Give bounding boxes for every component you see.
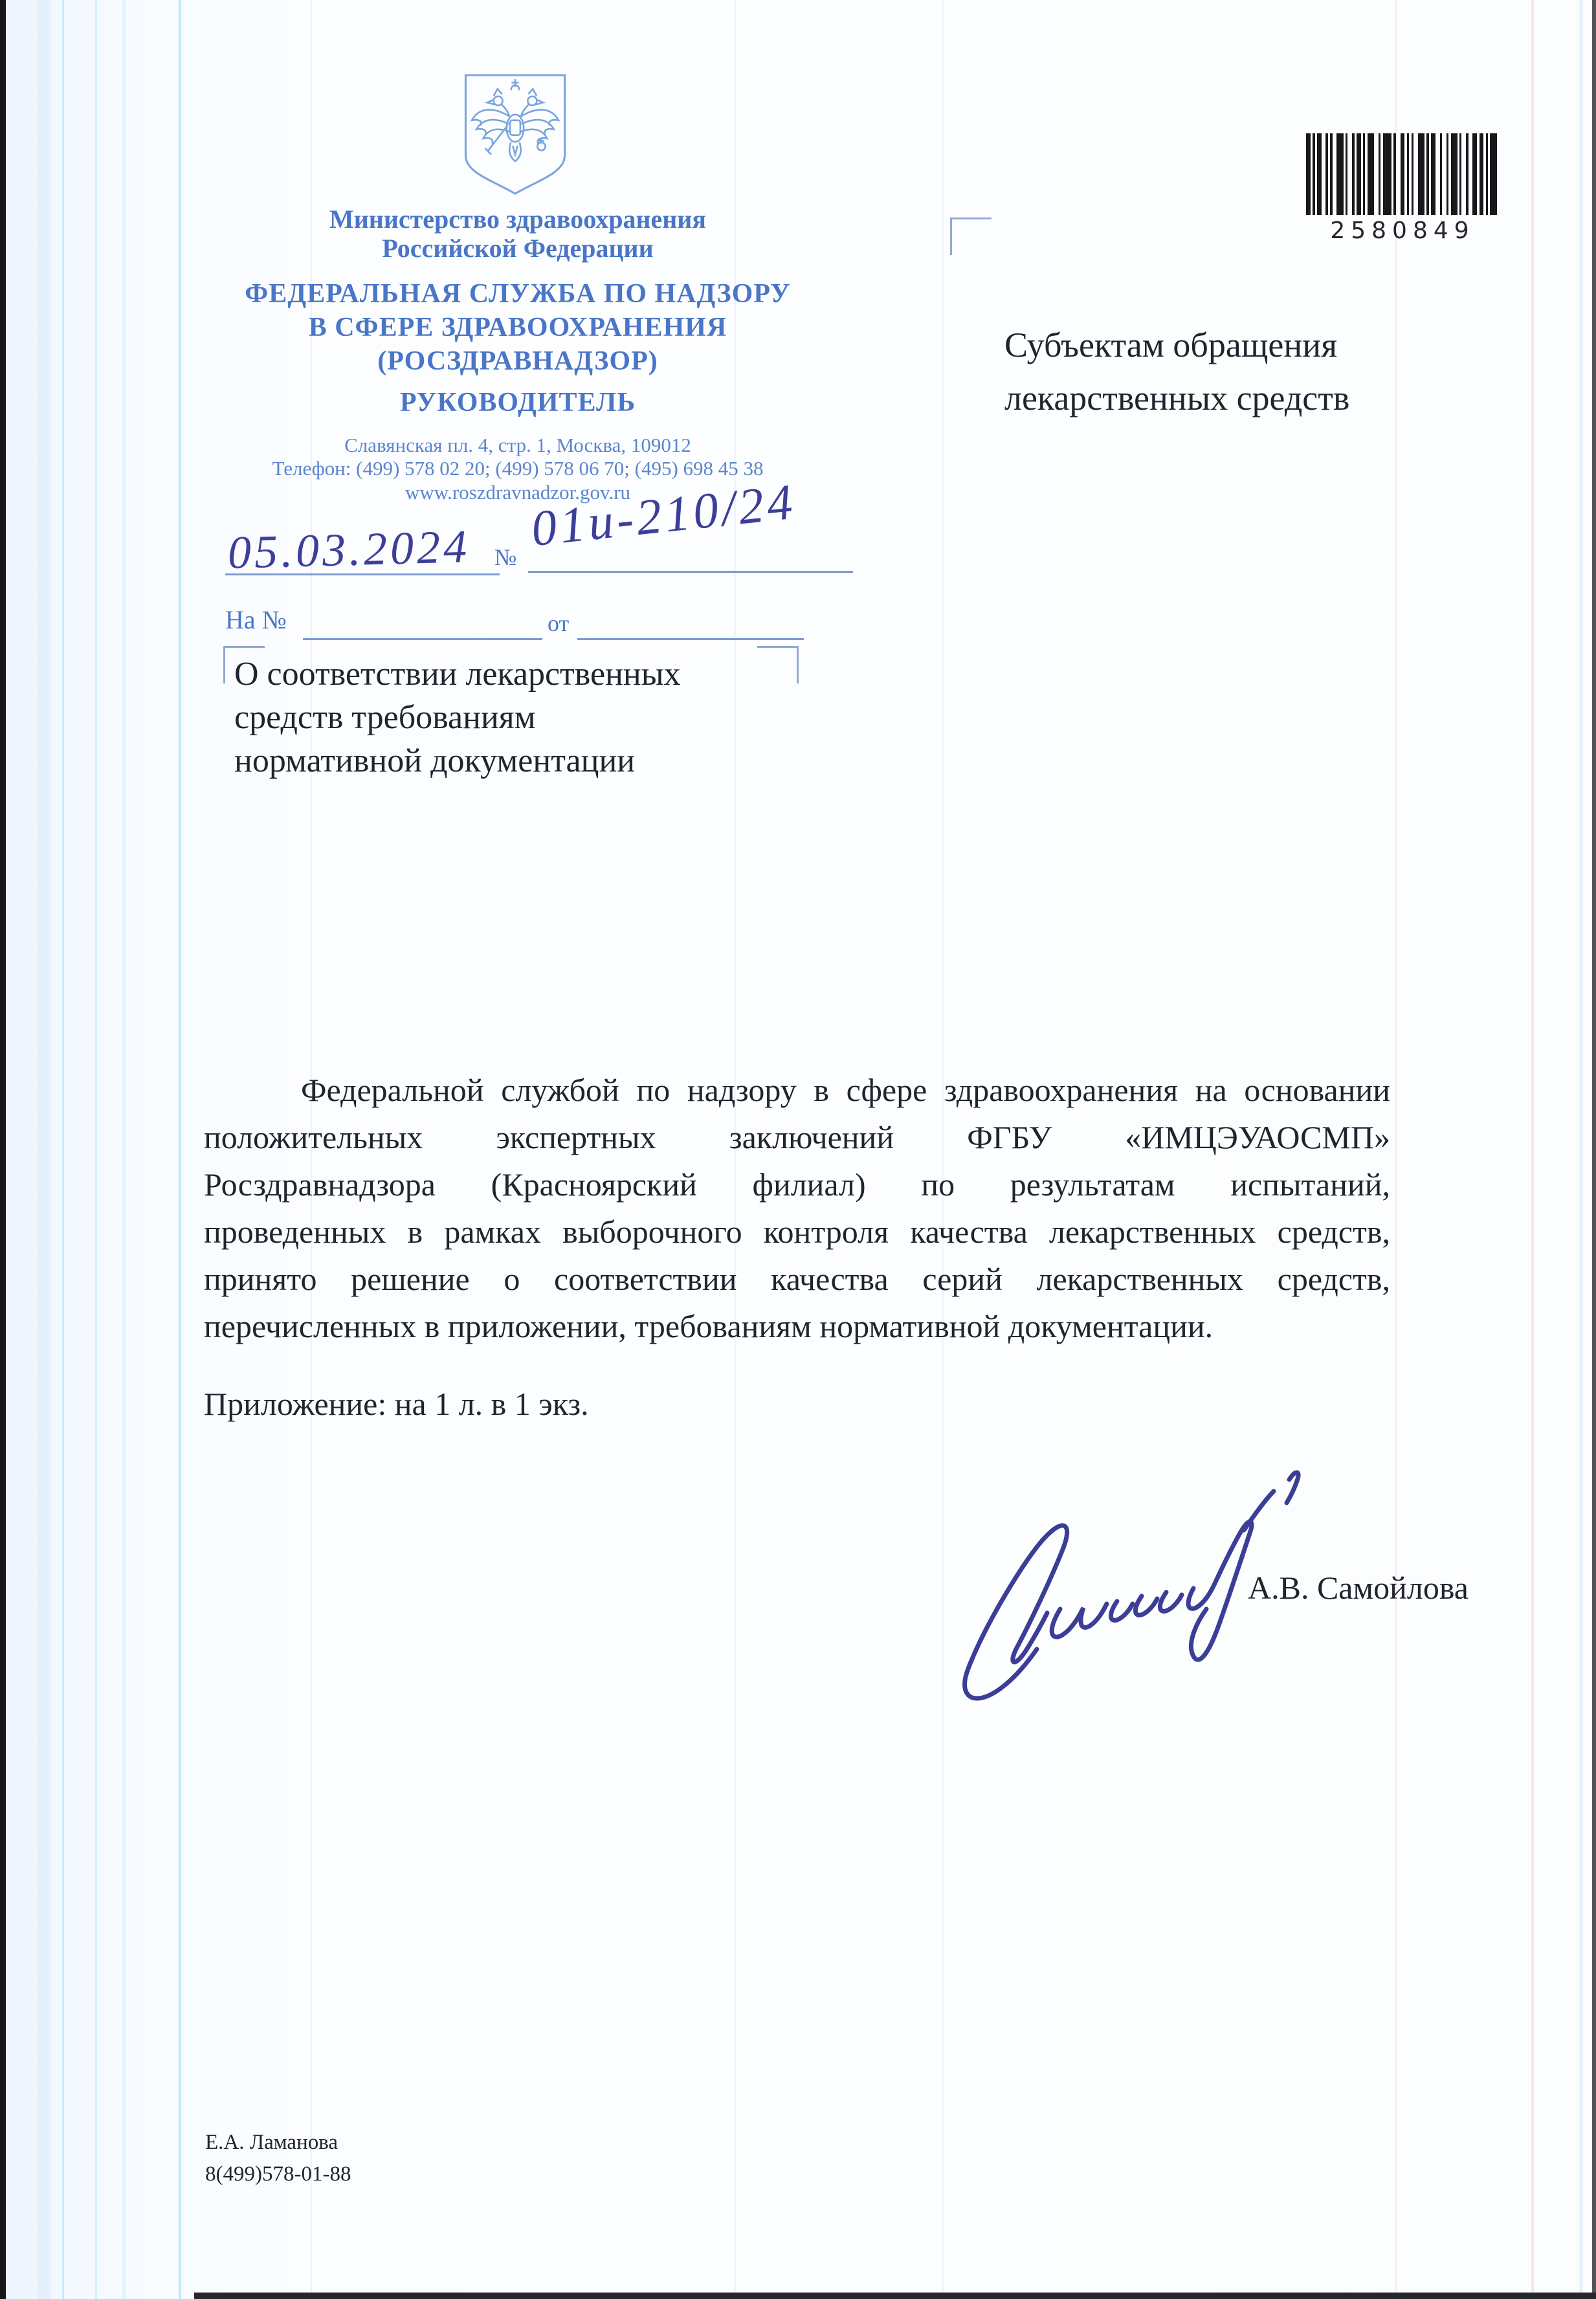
barcode-bar	[1418, 133, 1424, 215]
body-line: принято решение о соответствии качества …	[204, 1256, 1390, 1303]
service-line3: (РОСЗДРАВНАДЗОР)	[194, 344, 841, 378]
reply-number-underline	[303, 638, 542, 640]
barcode-gap	[1461, 133, 1466, 215]
barcode-gap	[1322, 133, 1326, 215]
service-line2: В СФЕРЕ ЗДРАВООХРАНЕНИЯ	[194, 311, 841, 344]
scan-artifact-line	[122, 0, 126, 2299]
barcode-gap	[1333, 133, 1337, 215]
body-line: положительных экспертных заключений ФГБУ…	[204, 1114, 1390, 1161]
body-line: перечисленных в приложении, требованиям …	[204, 1303, 1390, 1350]
addressee-block: Субъектам обращения лекарственных средст…	[1004, 318, 1349, 425]
scan-edge-bottom	[194, 2293, 1596, 2299]
attachment-note: Приложение: на 1 л. в 1 экз.	[204, 1385, 589, 1423]
ministry-line1: Министерство здравоохранения	[194, 205, 841, 234]
addressee-line2: лекарственных средств	[1004, 372, 1349, 425]
service-name: ФЕДЕРАЛЬНАЯ СЛУЖБА ПО НАДЗОРУ В СФЕРЕ ЗД…	[194, 277, 841, 378]
body-line: проведенных в рамках выборочного контрол…	[204, 1208, 1390, 1256]
barcode-bar	[1336, 133, 1343, 215]
scan-artifact-line	[1531, 0, 1534, 2299]
barcode-bar	[1490, 133, 1496, 215]
reply-date-underline	[577, 638, 804, 640]
barcode-gap	[1469, 133, 1473, 215]
date-underline	[225, 573, 500, 575]
number-underline	[528, 571, 853, 573]
ministry-line2: Российской Федерации	[194, 234, 841, 263]
barcode-bar	[1306, 133, 1311, 215]
scan-artifact-line	[62, 0, 64, 2299]
subject-line3: нормативной документации	[234, 739, 771, 783]
position-title: РУКОВОДИТЕЛЬ	[194, 387, 841, 418]
subject-line1: О соответствии лекарственных	[234, 652, 771, 696]
scan-artifact-line	[1579, 0, 1583, 2299]
scan-artifact-line	[38, 0, 50, 2299]
subject-block: О соответствии лекарственных средств тре…	[234, 652, 771, 783]
addressee-corner-mark	[950, 217, 992, 255]
scan-artifact-line	[179, 0, 181, 2299]
handwritten-date: 05.03.2024	[227, 520, 471, 580]
addressee-line1: Субъектам обращения	[1004, 318, 1349, 372]
body-line: Росздравнадзора (Красноярский филиал) по…	[204, 1161, 1390, 1208]
barcode-bar	[1401, 133, 1405, 215]
executor-block: Е.А. Ламанова 8(499)578-01-88	[205, 2127, 351, 2190]
barcode-bar	[1357, 133, 1361, 215]
postal-address: Славянская пл. 4, стр. 1, Москва, 109012	[194, 434, 841, 457]
barcode: 2580849	[1306, 133, 1499, 244]
body-paragraph: Федеральной службой по надзору в сфере з…	[204, 1067, 1390, 1350]
barcode-gap	[1442, 133, 1446, 215]
barcode-gap	[1347, 133, 1352, 215]
scan-edge-left	[0, 0, 6, 2299]
subject-line2: средств требованиям	[234, 696, 771, 739]
barcode-number: 2580849	[1306, 217, 1499, 244]
barcode-bar	[1383, 133, 1392, 215]
barcode-gap	[1435, 133, 1440, 215]
barcode-bar	[1480, 133, 1484, 215]
barcode-bar	[1472, 133, 1477, 215]
reply-from-label: от	[548, 610, 569, 637]
scan-edge-right	[1592, 0, 1596, 2299]
coat-of-arms-emblem	[458, 71, 572, 205]
executor-name: Е.А. Ламанова	[205, 2127, 351, 2159]
barcode-bar	[1368, 133, 1374, 215]
reply-to-label: На №	[225, 605, 287, 635]
barcode-gap	[1396, 133, 1401, 215]
scan-artifact-line	[1395, 0, 1397, 2299]
executor-phone: 8(499)578-01-88	[205, 2159, 351, 2190]
ministry-name: Министерство здравоохранения Российской …	[194, 205, 841, 263]
signer-name: А.В. Самойлова	[1248, 1569, 1469, 1606]
number-sign: №	[494, 544, 516, 571]
scan-artifact-line	[95, 0, 97, 2299]
barcode-bar	[1451, 133, 1457, 215]
barcode-gap	[1413, 133, 1418, 215]
barcode-bar	[1431, 133, 1435, 215]
double-headed-eagle-icon	[458, 71, 572, 205]
barcode-gap	[1497, 133, 1499, 215]
barcode-bar	[1317, 133, 1322, 215]
body-line: Федеральной службой по надзору в сфере з…	[204, 1067, 1390, 1114]
service-line1: ФЕДЕРАЛЬНАЯ СЛУЖБА ПО НАДЗОРУ	[194, 277, 841, 311]
document-page: Министерство здравоохранения Российской …	[0, 0, 1596, 2299]
barcode-gap	[1374, 133, 1379, 215]
barcode-bars	[1306, 133, 1499, 215]
